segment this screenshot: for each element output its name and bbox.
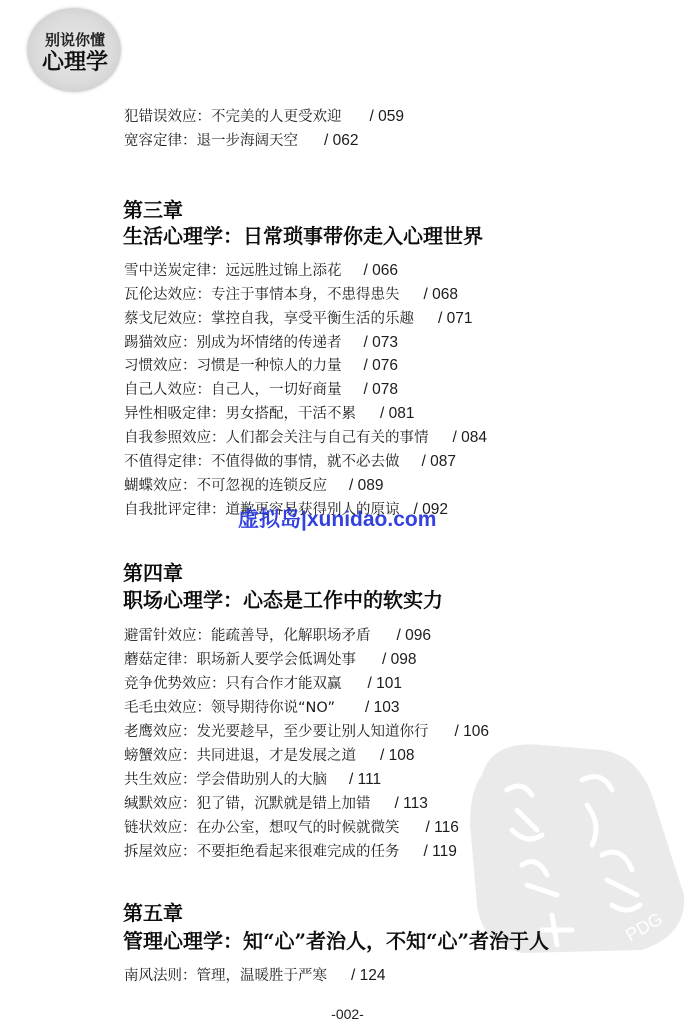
entry-title: 习惯效应：习惯是一种惊人的力量 bbox=[124, 358, 342, 374]
toc-entry[interactable]: 避雷针效应：能疏善导，化解职场矛盾/ 096 bbox=[124, 627, 431, 645]
entry-title: 南风法则：管理，温暖胜于严寒 bbox=[124, 968, 327, 984]
entry-page: / 089 bbox=[349, 477, 383, 494]
entry-page: / 108 bbox=[380, 747, 414, 764]
chapter-number: 第三章 bbox=[123, 198, 183, 222]
toc-entry[interactable]: 拆屋效应：不要拒绝看起来很难完成的任务/ 119 bbox=[124, 843, 457, 861]
toc-entry[interactable]: 毛毛虫效应：领导期待你说“NO”/ 103 bbox=[124, 699, 400, 717]
toc-entry[interactable]: 瓦伦达效应：专注于事情本身，不患得患失/ 068 bbox=[124, 286, 458, 304]
entry-title: 瓦伦达效应：专注于事情本身，不患得患失 bbox=[124, 287, 400, 303]
toc-entry[interactable]: 宽容定律：退一步海阔天空/ 062 bbox=[124, 132, 358, 150]
entry-title: 异性相吸定律：男女搭配，干活不累 bbox=[124, 406, 356, 422]
entry-page: / 062 bbox=[324, 132, 358, 149]
entry-page: / 087 bbox=[422, 453, 456, 470]
toc-entry[interactable]: 自我参照效应：人们都会关注与自己有关的事情/ 084 bbox=[124, 429, 487, 447]
toc-entry[interactable]: 犯错误效应：不完美的人更受欢迎/ 059 bbox=[124, 108, 404, 126]
entry-page: / 124 bbox=[351, 967, 385, 984]
book-logo-badge: 别说你懂 心理学 bbox=[27, 8, 121, 92]
watermark-link-overlay: 虚拟岛|xunidao.com bbox=[238, 503, 436, 533]
chapter-title[interactable]: 生活心理学：日常琐事带你走入心理世界 bbox=[123, 223, 483, 249]
chapter-title[interactable]: 职场心理学：心态是工作中的软实力 bbox=[123, 587, 443, 613]
entry-title: 蘑菇定律：职场新人要学会低调处事 bbox=[124, 652, 356, 668]
entry-title: 蝴蝶效应：不可忽视的连锁反应 bbox=[124, 478, 327, 494]
entry-title: 雪中送炭定律：远远胜过锦上添花 bbox=[124, 263, 342, 279]
entry-page: / 116 bbox=[426, 819, 459, 836]
entry-title: 避雷针效应：能疏善导，化解职场矛盾 bbox=[124, 628, 371, 644]
toc-entry[interactable]: 蝴蝶效应：不可忽视的连锁反应/ 089 bbox=[124, 477, 383, 495]
entry-title: 毛毛虫效应：领导期待你说“NO” bbox=[124, 700, 335, 716]
entry-title: 蔡戈尼效应：掌控自我，享受平衡生活的乐趣 bbox=[124, 311, 414, 327]
entry-title: 踢猫效应：别成为坏情绪的传递者 bbox=[124, 335, 342, 351]
entry-page: / 081 bbox=[380, 405, 414, 422]
entry-page: / 059 bbox=[370, 108, 404, 125]
entry-page: / 113 bbox=[395, 795, 428, 812]
page-number: -002- bbox=[0, 1006, 695, 1022]
toc-entry[interactable]: 缄默效应：犯了错，沉默就是错上加错/ 113 bbox=[124, 795, 428, 813]
toc-entry[interactable]: 链状效应：在办公室，想叹气的时候就微笑/ 116 bbox=[124, 819, 459, 837]
toc-entry[interactable]: 蔡戈尼效应：掌控自我，享受平衡生活的乐趣/ 071 bbox=[124, 310, 472, 328]
entry-page: / 084 bbox=[453, 429, 487, 446]
seal-stamp-watermark: PDG bbox=[462, 735, 687, 955]
logo-line-2: 心理学 bbox=[33, 50, 117, 74]
entry-page: / 111 bbox=[349, 771, 381, 788]
toc-entry[interactable]: 老鹰效应：发光要趁早，至少要让别人知道你行/ 106 bbox=[124, 723, 489, 741]
entry-page: / 078 bbox=[364, 381, 398, 398]
toc-entry[interactable]: 共生效应：学会借助别人的大脑/ 111 bbox=[124, 771, 381, 789]
toc-entry[interactable]: 南风法则：管理，温暖胜于严寒/ 124 bbox=[124, 967, 385, 985]
entry-page: / 098 bbox=[382, 651, 416, 668]
entry-page: / 068 bbox=[424, 286, 458, 303]
toc-entry[interactable]: 雪中送炭定律：远远胜过锦上添花/ 066 bbox=[124, 262, 398, 280]
entry-title: 螃蟹效应：共同进退，才是发展之道 bbox=[124, 748, 356, 764]
entry-title: 竞争优势效应：只有合作才能双赢 bbox=[124, 676, 342, 692]
logo-line-1: 别说你懂 bbox=[37, 32, 113, 48]
toc-entry[interactable]: 自己人效应：自己人，一切好商量/ 078 bbox=[124, 381, 398, 399]
toc-entry[interactable]: 竞争优势效应：只有合作才能双赢/ 101 bbox=[124, 675, 402, 693]
toc-entry[interactable]: 蘑菇定律：职场新人要学会低调处事/ 098 bbox=[124, 651, 416, 669]
entry-page: / 066 bbox=[364, 262, 398, 279]
chapter-number: 第五章 bbox=[123, 901, 183, 925]
entry-title: 自我参照效应：人们都会关注与自己有关的事情 bbox=[124, 430, 429, 446]
entry-title: 拆屋效应：不要拒绝看起来很难完成的任务 bbox=[124, 844, 400, 860]
entry-title: 宽容定律：退一步海阔天空 bbox=[124, 133, 298, 149]
toc-entry[interactable]: 踢猫效应：别成为坏情绪的传递者/ 073 bbox=[124, 334, 398, 352]
entry-page: / 076 bbox=[364, 357, 398, 374]
entry-title: 链状效应：在办公室，想叹气的时候就微笑 bbox=[124, 820, 400, 836]
entry-title: 自己人效应：自己人，一切好商量 bbox=[124, 382, 342, 398]
toc-entry[interactable]: 不值得定律：不值得做的事情，就不必去做/ 087 bbox=[124, 453, 456, 471]
entry-title: 犯错误效应：不完美的人更受欢迎 bbox=[124, 109, 342, 125]
entry-page: / 071 bbox=[438, 310, 472, 327]
entry-page: / 101 bbox=[368, 675, 402, 692]
entry-page: / 119 bbox=[424, 843, 457, 860]
entry-title: 缄默效应：犯了错，沉默就是错上加错 bbox=[124, 796, 371, 812]
entry-page: / 073 bbox=[364, 334, 398, 351]
toc-entry[interactable]: 螃蟹效应：共同进退，才是发展之道/ 108 bbox=[124, 747, 414, 765]
toc-entry[interactable]: 异性相吸定律：男女搭配，干活不累/ 081 bbox=[124, 405, 414, 423]
entry-title: 不值得定律：不值得做的事情，就不必去做 bbox=[124, 454, 400, 470]
chapter-title[interactable]: 管理心理学：知“心”者治人，不知“心”者治于人 bbox=[123, 928, 549, 954]
entry-title: 老鹰效应：发光要趁早，至少要让别人知道你行 bbox=[124, 724, 429, 740]
entry-page: / 096 bbox=[397, 627, 431, 644]
entry-title: 共生效应：学会借助别人的大脑 bbox=[124, 772, 327, 788]
chapter-number: 第四章 bbox=[123, 561, 183, 585]
entry-page: / 103 bbox=[365, 699, 399, 716]
toc-entry[interactable]: 习惯效应：习惯是一种惊人的力量/ 076 bbox=[124, 357, 398, 375]
